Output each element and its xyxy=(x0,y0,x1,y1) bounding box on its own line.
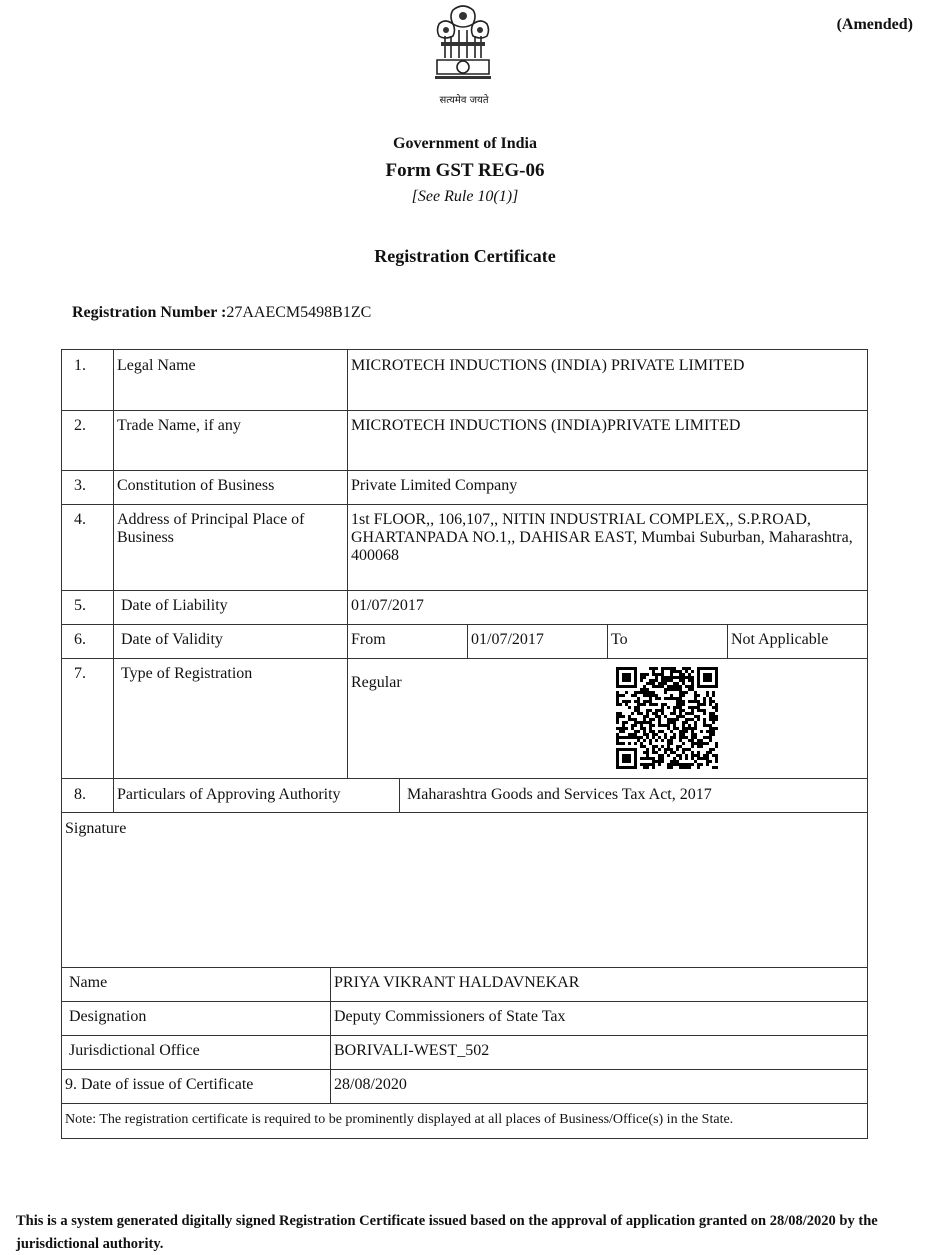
jurisdictional-office-value: BORIVALI-WEST_502 xyxy=(334,1042,489,1060)
date-of-validity-label: Date of Validity xyxy=(121,631,223,649)
address-label: Address of Principal Place of Business xyxy=(117,511,342,547)
motto: सत्यमेव जयते xyxy=(420,92,508,106)
validity-from-value: 01/07/2017 xyxy=(471,631,544,649)
registration-number-label: Registration Number : xyxy=(72,304,226,321)
digital-signature-footer: This is a system generated digitally sig… xyxy=(16,1210,926,1255)
row-6-number: 6. xyxy=(74,631,86,649)
row-8-number: 8. xyxy=(74,786,86,804)
approving-authority-label: Particulars of Approving Authority xyxy=(117,786,341,804)
issue-date-label: 9. Date of issue of Certificate xyxy=(65,1076,253,1094)
validity-to-value: Not Applicable xyxy=(731,631,828,649)
registration-number-value: 27AAECM5498B1ZC xyxy=(226,304,371,321)
trade-name-value: MICROTECH INDUCTIONS (INDIA)PRIVATE LIMI… xyxy=(351,417,740,435)
row-7-number: 7. xyxy=(74,665,86,683)
signature-label: Signature xyxy=(65,820,126,838)
designation-label: Designation xyxy=(69,1008,146,1026)
type-of-registration-label: Type of Registration xyxy=(121,665,252,683)
validity-to-label: To xyxy=(611,631,628,649)
address-value: 1st FLOOR,, 106,107,, NITIN INDUSTRIAL C… xyxy=(351,511,856,565)
jurisdictional-office-label: Jurisdictional Office xyxy=(69,1042,200,1060)
display-note: Note: The registration certificate is re… xyxy=(65,1111,733,1129)
document-title: Registration Certificate xyxy=(0,246,930,267)
row-1-number: 1. xyxy=(74,357,86,375)
constitution-value: Private Limited Company xyxy=(351,477,517,495)
signatory-name-value: PRIYA VIKRANT HALDAVNEKAR xyxy=(334,974,579,992)
legal-name-label: Legal Name xyxy=(117,357,196,375)
certificate-table: 1. Legal Name MICROTECH INDUCTIONS (INDI… xyxy=(61,349,868,1139)
row-2-number: 2. xyxy=(74,417,86,435)
form-name: Form GST REG-06 xyxy=(0,160,930,182)
registration-number: Registration Number :27AAECM5498B1ZC xyxy=(72,304,371,322)
approving-authority-value: Maharashtra Goods and Services Tax Act, … xyxy=(407,786,712,804)
type-of-registration-value: Regular xyxy=(351,674,402,692)
amended-label: (Amended) xyxy=(837,16,913,34)
validity-from-label: From xyxy=(351,631,386,649)
designation-value: Deputy Commissioners of State Tax xyxy=(334,1008,565,1026)
trade-name-label: Trade Name, if any xyxy=(117,417,241,435)
rule-reference: [See Rule 10(1)] xyxy=(0,188,930,206)
signatory-name-label: Name xyxy=(69,974,107,992)
qr-code-icon xyxy=(616,667,718,769)
row-4-number: 4. xyxy=(74,511,86,529)
legal-name-value: MICROTECH INDUCTIONS (INDIA) PRIVATE LIM… xyxy=(351,357,744,375)
date-of-liability-value: 01/07/2017 xyxy=(351,597,424,615)
issue-date-value: 28/08/2020 xyxy=(334,1076,407,1094)
date-of-liability-label: Date of Liability xyxy=(121,597,228,615)
row-5-number: 5. xyxy=(74,597,86,615)
government-heading: Government of India xyxy=(0,135,930,153)
row-3-number: 3. xyxy=(74,477,86,495)
national-emblem-icon xyxy=(431,2,495,90)
constitution-label: Constitution of Business xyxy=(117,477,274,495)
